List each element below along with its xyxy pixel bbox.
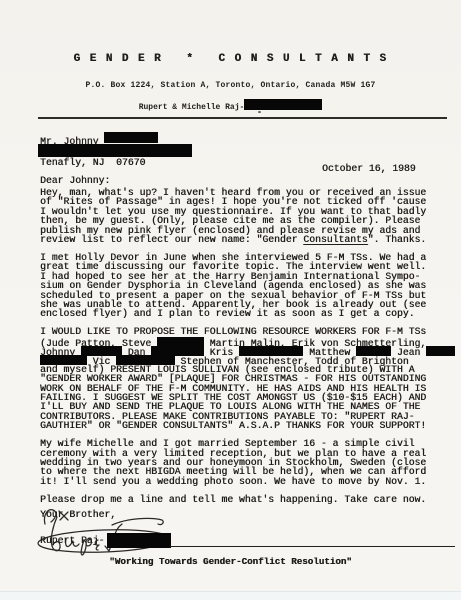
- signature-cross-stroke: [59, 511, 68, 520]
- redaction: [426, 346, 455, 356]
- letter-body: Hey, man, what's up? I haven't heard fro…: [40, 188, 440, 513]
- signer-typed-name: Rupert Raj-: [40, 536, 104, 545]
- redaction-recipient-surname: [104, 132, 158, 143]
- body-text: ". Thanks.: [368, 234, 427, 245]
- handwritten-signature: [15, 498, 215, 560]
- scan-artifact-dot: [258, 111, 261, 113]
- underlined-text: Consultants: [303, 234, 367, 245]
- redaction-signer-surname: [107, 533, 171, 548]
- letterhead-title: G E N D E R * C O N S U L T A N T S: [0, 53, 461, 65]
- redaction-letterhead-surname: [244, 99, 322, 110]
- paragraph: I met Holly Devor in June when she inter…: [40, 253, 440, 319]
- paragraph: I WOULD LIKE TO PROPOSE THE FOLLOWING RE…: [40, 327, 440, 430]
- body-text: enclosed flyer) and I plan to review it …: [40, 308, 414, 319]
- letterhead-names-text: Rupert & Michelle Raj-: [139, 103, 245, 112]
- scan-edge-strip: [0, 591, 461, 600]
- signature-flourish: [112, 518, 163, 525]
- body-text: review list to reflect our new name: "Ge…: [40, 234, 303, 245]
- paragraph: Hey, man, what's up? I haven't heard fro…: [40, 188, 440, 244]
- recipient-city-line: Tenafly, NJ 07670: [40, 158, 145, 167]
- letterhead-rule: [38, 117, 447, 119]
- body-text: I WOULD LIKE TO PROPOSE THE FOLLOWING RE…: [40, 326, 426, 337]
- body-text: GAUTHIER" OR "GENDER CONSULTANTS" A.S.A.…: [40, 420, 426, 431]
- salutation: Dear Johnny:: [40, 176, 110, 185]
- signature-rule: [170, 546, 455, 547]
- date-line: October 16, 1989: [322, 164, 416, 173]
- redaction-street-address: [38, 144, 192, 157]
- footer-tagline: "Working Towards Gender-Conflict Resolut…: [0, 556, 461, 567]
- letterhead-names: Rupert & Michelle Raj-: [0, 99, 461, 112]
- signature-stroke: [44, 510, 55, 524]
- scanned-letter-page: G E N D E R * C O N S U L T A N T S P.O.…: [0, 0, 461, 600]
- paragraph: My wife Michelle and I got married Septe…: [40, 439, 440, 486]
- letterhead-address: P.O. Box 1224, Station A, Toronto, Ontar…: [0, 81, 461, 90]
- body-text: it! I'll send you a wedding photo soon. …: [40, 476, 426, 487]
